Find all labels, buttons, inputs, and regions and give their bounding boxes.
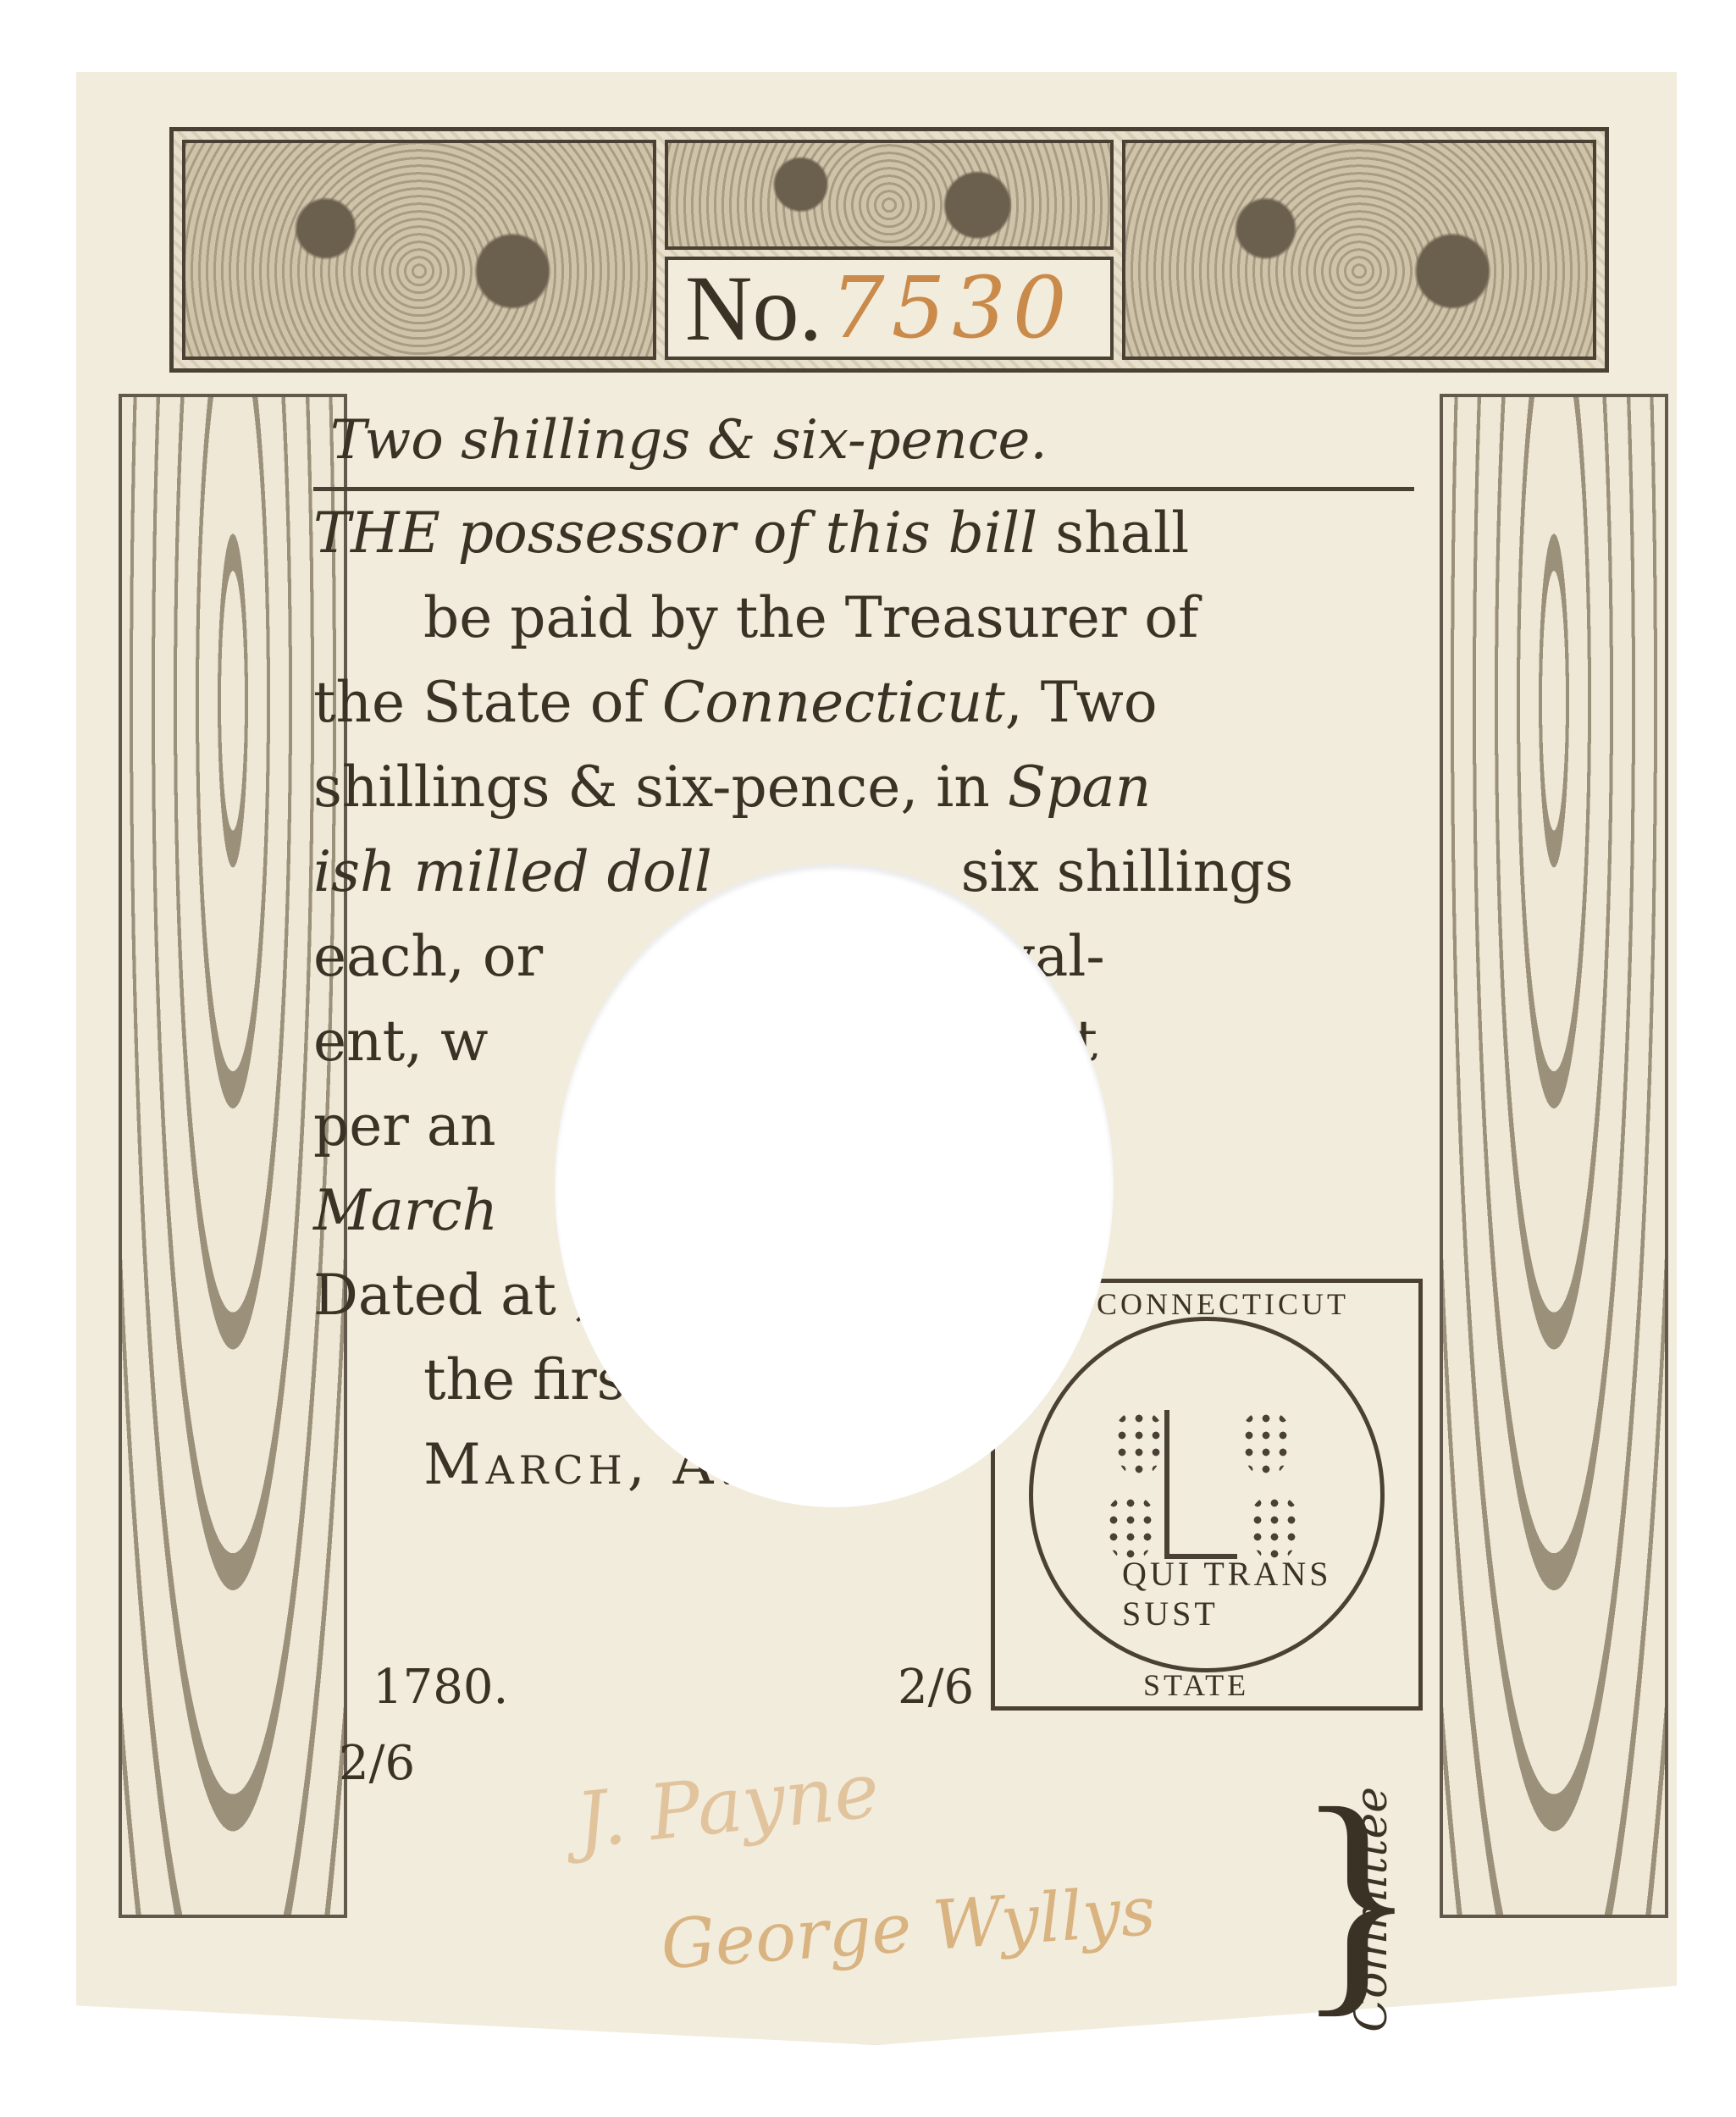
cancellation-hole [555,864,1114,1507]
body-line: the State of Connecticut, Two [313,661,1414,745]
body-line: be paid by the Treasurer of [313,576,1414,661]
body-line: THE possessor of this bill shall [313,491,1414,576]
right-ornament-icon [1122,140,1596,360]
body-line: shillings & six-pence, in Span [313,745,1414,830]
committee-label: Committee [1346,1787,1397,2032]
value-mark-right: 2/6 [898,1660,974,1715]
center-ornament-icon [665,140,1114,250]
top-ornamental-border: No. 7530 [169,127,1609,373]
left-ornament-icon [182,140,656,360]
right-scroll-border-icon [1440,394,1668,1918]
seal-bottom-text: STATE [1143,1667,1249,1703]
grapevine-icon [1164,1410,1237,1559]
serial-prefix: No. [685,262,822,355]
serial-number: 7530 [831,266,1074,351]
seal-motto: QUI TRANS SUST [1122,1554,1418,1633]
seal-top-text: CONNECTICUT [1097,1286,1349,1322]
year: 1780. [373,1660,508,1715]
denomination: Two shillings & six-pence. [313,394,1414,491]
value-mark-left: 2/6 [339,1736,415,1791]
serial-number-box: No. 7530 [665,257,1114,360]
